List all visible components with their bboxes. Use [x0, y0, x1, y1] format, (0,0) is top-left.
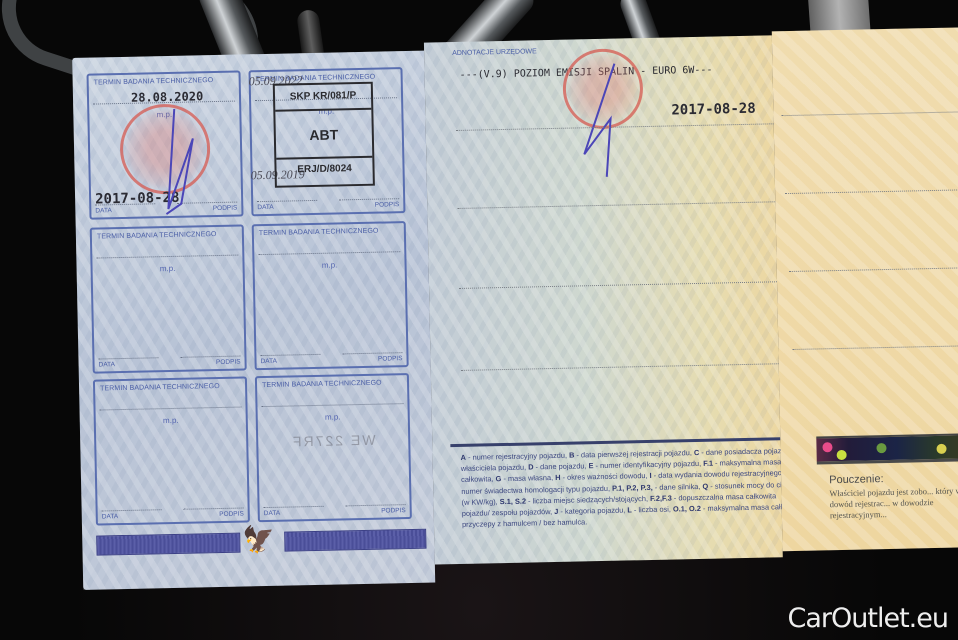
legend-text: - numer rejestracyjny pojazdu, [466, 451, 569, 462]
inspection-box: TERMIN BADANIA TECHNICZNEGO m.p. DATA PO… [255, 373, 412, 522]
data-label: DATA [102, 513, 119, 520]
pouczenie-text: Właściciel pojazdu jest zobo... który wy… [829, 485, 958, 521]
podpis-label: PODPIS [381, 507, 406, 515]
emblem-band-right [284, 529, 426, 552]
podpis-label: PODPIS [213, 205, 238, 213]
mp-label: m.p. [93, 262, 243, 274]
inspection-box: TERMIN BADANIA TECHNICZNEGO m.p. DATA PO… [252, 221, 409, 370]
hologram-strip [816, 433, 958, 464]
legend-text: - masa własna, [501, 473, 555, 483]
inspection-box: TERMIN BADANIA TECHNICZNEGO m.p. DATA PO… [248, 67, 405, 216]
eagle-emblem-icon: 🦅 [242, 524, 275, 556]
inspection-box: TERMIN BADANIA TECHNICZNEGO m.p. DATA PO… [90, 224, 247, 373]
station-name: ABT [275, 110, 372, 160]
station-reg: ERJ/D/8024 [276, 158, 372, 184]
legend-text: - kategoria pojazdu, [558, 505, 627, 515]
signature [574, 58, 636, 179]
registration-document: TERMIN BADANIA TECHNICZNEGO m.p. DATA PO… [72, 31, 958, 590]
data-label: DATA [260, 358, 277, 365]
watermark: CarOutlet.eu [788, 603, 948, 634]
inspection-box: TERMIN BADANIA TECHNICZNEGO m.p. DATA PO… [93, 376, 250, 525]
data-label: DATA [95, 207, 112, 214]
data-label: DATA [99, 361, 116, 368]
legend-text: - data pierwszej rejestracji pojazdu, [574, 448, 694, 460]
legend-text: - dane pojazdu, [533, 461, 588, 471]
box-title: TERMIN BADANIA TECHNICZNEGO [94, 77, 214, 87]
stamped-date: 2017-08-28 [671, 101, 756, 119]
box-title: TERMIN BADANIA TECHNICZNEGO [97, 231, 217, 241]
podpis-label: PODPIS [375, 201, 400, 209]
pouczenie-title: Pouczenie: [829, 473, 884, 486]
mp-label: m.p. [254, 259, 404, 271]
signature [144, 108, 206, 219]
mp-label: m.p. [96, 414, 246, 426]
next-inspection-date: 28.08.2020 [131, 89, 204, 105]
emblem-band-left [96, 533, 240, 556]
podpis-label: PODPIS [216, 359, 241, 367]
box-title: TERMIN BADANIA TECHNICZNEGO [100, 383, 220, 393]
legend-text: - okres ważności dowodu, [560, 471, 649, 482]
legend-code: O.1, O.2 [673, 504, 701, 514]
legend-text: - liczba miejsc siedzących/stojących, [526, 494, 650, 506]
legend-text: - dane silnika, [653, 482, 703, 492]
box-title: TERMIN BADANIA TECHNICZNEGO [262, 380, 382, 390]
left-page: TERMIN BADANIA TECHNICZNEGO m.p. DATA PO… [72, 51, 435, 590]
inspection-station-stamp: SKP KR/081/P ABT ERJ/D/8024 [273, 82, 375, 188]
legend-text: - liczba osi, [632, 505, 673, 515]
inspection-box: TERMIN BADANIA TECHNICZNEGO m.p. DATA PO… [86, 70, 243, 219]
show-through-text: WE 227RF [258, 431, 408, 450]
mp-label: m.p. [258, 411, 408, 423]
legend-text: - data wydania dowodu rejestracyjnego, [652, 469, 787, 481]
legend-code: F.1 [703, 459, 713, 468]
legend-code: F.2,F.3 [650, 493, 672, 502]
data-label: DATA [264, 510, 281, 517]
podpis-label: PODPIS [219, 511, 244, 519]
station-code: SKP KR/081/P [275, 84, 372, 112]
legend-text: - numer identyfikacyjny pojazdu, [593, 459, 703, 470]
data-label: DATA [257, 204, 274, 211]
box-title: TERMIN BADANIA TECHNICZNEGO [259, 228, 379, 238]
legend-code: S.1, S.2 [500, 496, 526, 506]
legend-code: P.1, P.2, P.3, [612, 483, 653, 493]
field-legend: A - numer rejestracyjny pojazdu, B - dat… [461, 445, 803, 531]
podpis-label: PODPIS [378, 355, 403, 363]
